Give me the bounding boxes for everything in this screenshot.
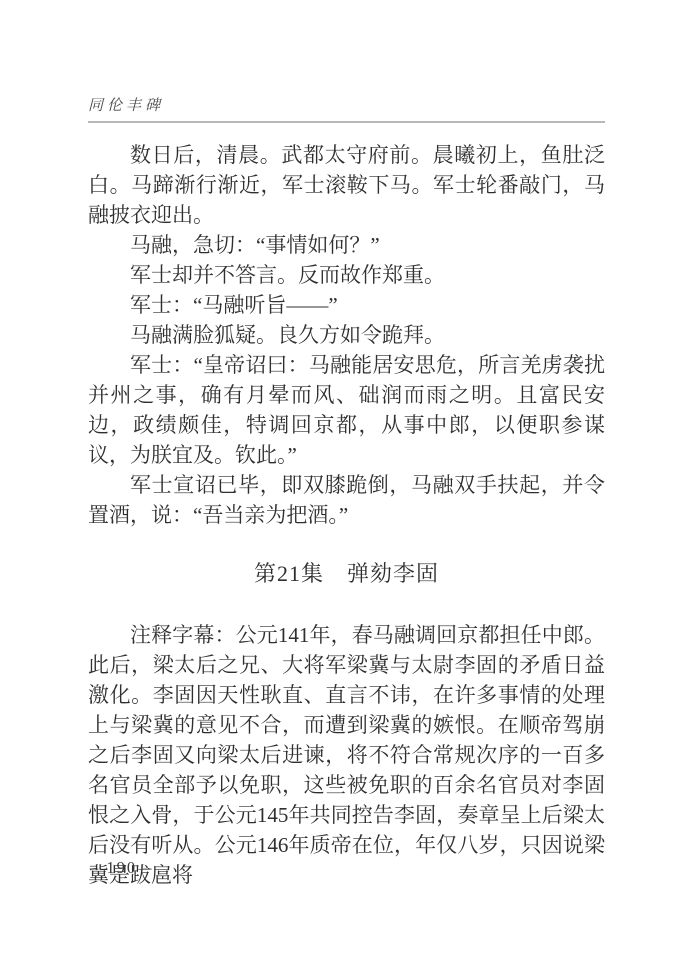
running-title: 同伦丰碑: [88, 94, 164, 115]
running-header: 同伦丰碑: [88, 94, 605, 123]
scene-paragraph: 数日后，清晨。武都太守府前。晨曦初上，鱼肚泛白。马蹄渐行渐近，军士滚鞍下马。军士…: [88, 140, 605, 230]
dialogue-paragraph: 马融，急切：“事情如何？”: [88, 230, 605, 260]
narration-paragraph: 军士宣诏已毕，即双膝跪倒，马融双手扶起，并令置酒，说：“吾当亲为把酒。”: [88, 470, 605, 530]
header-rule: [88, 121, 605, 123]
narration-paragraph: 马融满脸狐疑。良久方如令跪拜。: [88, 320, 605, 350]
annotation-paragraph: 注释字幕：公元141年，春马融调回京都担任中郎。此后，梁太后之兄、大将军梁冀与太…: [88, 620, 605, 890]
chapter-heading: 第21集 弹劾李固: [88, 559, 605, 589]
dialogue-paragraph: 军士：“皇帝诏曰：马融能居安思危，所言羌虏袭扰并州之事，确有月晕而风、础润而雨之…: [88, 350, 605, 470]
narration-paragraph: 军士却并不答言。反而故作郑重。: [88, 260, 605, 290]
book-page: 同伦丰碑 数日后，清晨。武都太守府前。晨曦初上，鱼肚泛白。马蹄渐行渐近，军士滚鞍…: [0, 0, 692, 968]
page-body: 数日后，清晨。武都太守府前。晨曦初上，鱼肚泛白。马蹄渐行渐近，军士滚鞍下马。军士…: [88, 140, 605, 890]
page-number: – 190 –: [90, 858, 154, 877]
dialogue-paragraph: 军士：“马融听旨——”: [88, 290, 605, 320]
page-footer: – 190 –: [90, 858, 154, 878]
